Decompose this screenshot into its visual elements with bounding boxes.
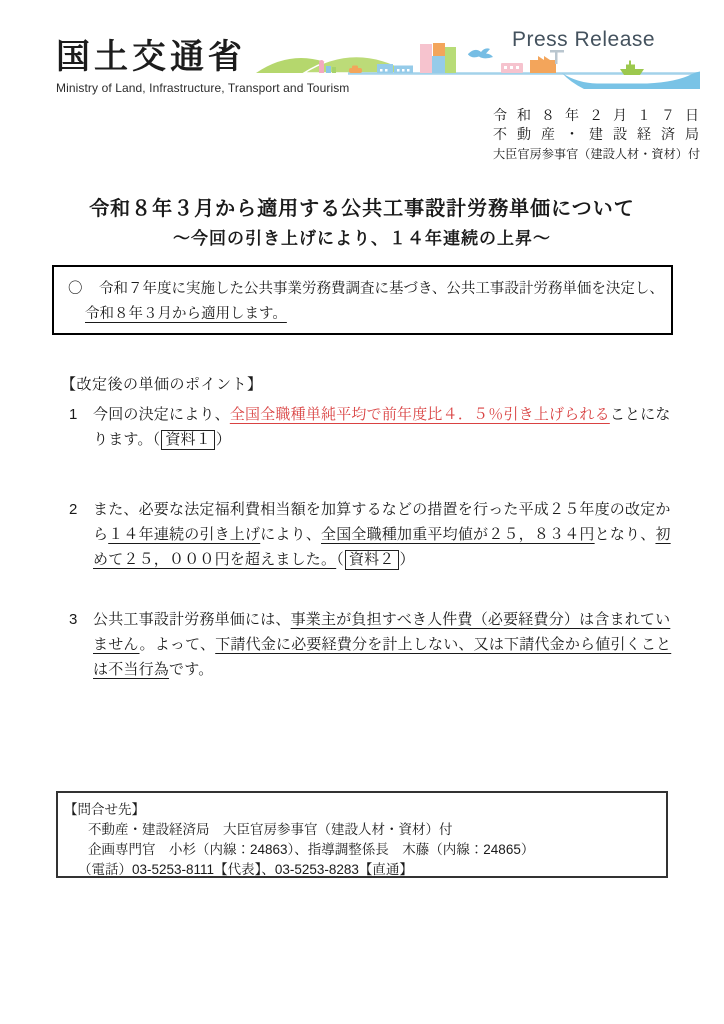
text-segment: です。 [169,661,213,678]
boat-icon [620,61,644,76]
points-section-heading: 【改定後の単価のポイント】 [61,373,263,394]
text-segment: ります。（ [93,431,160,448]
house-icon [501,63,523,73]
reference-label: 資料２ [345,550,399,570]
point-text-line: めて２５，０００円を超えました。（資料２） [93,547,676,572]
summary-text-underlined: 令和８年３月から適用します。 [85,306,287,322]
press-release-label: Press Release [512,28,655,52]
reference-label: 資料１ [161,430,215,450]
point-number: 2 [66,497,93,572]
text-segment: 。よって、 [140,636,216,653]
bird-icon [468,48,493,58]
text-segment: ） [216,431,231,448]
contact-heading: 【問合せ先】 [64,800,658,820]
text-segment: ら [93,526,108,543]
text-segment: 初 [655,526,670,543]
document-subtitle: ～今回の引き上げにより、１４年連続の上昇～ [0,224,724,249]
point-text-line: 今回の決定により、全国全職種単純平均で前年度比４．５％引き上げられることにな [93,402,676,427]
point-number: 3 [66,607,93,682]
text-segment: 公共工事設計労務単価には、 [93,611,291,628]
date-department-block: 令和８年２月１７日 不動産・建設経済局 大臣官房参事官（建設人材・資材）付 [493,106,710,164]
point-text-line: は不当行為です。 [93,657,676,682]
text-segment: となり、 [595,526,656,543]
text-segment: 全国全職種加重平均値が２５，８３４円 [321,526,595,543]
text-segment: また、必要な法定福利費相当額を加算するなどの措置を行った平成２５年度の改定か [93,501,671,518]
point-text: 今回の決定により、全国全職種単純平均で前年度比４．５％引き上げられることになりま… [93,402,676,452]
point-item-3: 3 公共工事設計労務単価には、事業主が負担すべき人件費（必要経費分）は含まれてい… [66,607,676,682]
text-segment: （ [336,551,344,568]
text-segment: １４年連続の引き上げ [108,526,260,543]
text-segment: 今回の決定により、 [93,406,230,423]
circle-bullet: 〇 [68,277,99,302]
text-segment: めて２５，０００円を超えました。 [93,551,336,568]
contact-department: 不動産・建設経済局 大臣官房参事官（建設人材・資材）付 [64,820,658,840]
document-title: 令和８年３月から適用する公共工事設計労務単価について [0,192,724,221]
factory-icon [530,56,556,73]
text-segment: ） [400,551,415,568]
text-segment: ません [93,636,140,653]
contact-persons: 企画専門官 小杉（内線：24863）、指導調整係長 木藤（内線：24865） [64,840,658,860]
point-text: 公共工事設計労務単価には、事業主が負担すべき人件費（必要経費分）は含まれていませ… [93,607,676,682]
office-name: 大臣官房参事官（建設人材・資材）付 [493,145,710,164]
text-segment: により、 [260,526,321,543]
point-text-line: 公共工事設計労務単価には、事業主が負担すべき人件費（必要経費分）は含まれてい [93,607,676,632]
summary-box: 〇令和７年度に実施した公共事業労務費調査に基づき、公共工事設計労務単価を決定し、… [52,265,673,335]
buildings-icon [420,43,456,73]
text-segment: 下請代金に必要経費分を計上しない、又は下請代金から値引くこと [215,636,671,653]
text-segment: 全国全職種単純平均で前年度比４．５％引き上げられる [230,406,610,423]
bureau-name: 不動産・建設経済局 [493,125,710,144]
text-segment: ことにな [610,406,671,423]
point-item-1: 1 今回の決定により、全国全職種単純平均で前年度比４．５％引き上げられることにな… [66,402,676,452]
point-text-line: また、必要な法定福利費相当額を加算するなどの措置を行った平成２５年度の改定か [93,497,676,522]
summary-line-2: 令和８年３月から適用します。 [85,302,663,327]
summary-line-1: 〇令和７年度に実施した公共事業労務費調査に基づき、公共工事設計労務単価を決定し、 [68,277,663,302]
contact-phone-numbers: （電話）03-5253-8111【代表】、03-5253-8283【直通】 [64,860,658,880]
text-segment: 事業主が負担すべき人件費（必要経費分）は含まれてい [291,611,671,628]
point-text-line: ります。（資料１） [93,427,676,452]
contact-box: 【問合せ先】 不動産・建設経済局 大臣官房参事官（建設人材・資材）付 企画専門官… [56,791,668,878]
release-date: 令和８年２月１７日 [493,106,710,125]
point-text-line: ません。よって、下請代金に必要経費分を計上しない、又は下請代金から値引くこと [93,632,676,657]
press-release-document: 国土交通省 Ministry of Land, Infrastructure, … [0,0,724,1024]
point-number: 1 [66,402,93,452]
text-segment: は不当行為 [93,661,169,678]
point-item-2: 2 また、必要な法定福利費相当額を加算するなどの措置を行った平成２５年度の改定か… [66,497,676,572]
point-text: また、必要な法定福利費相当額を加算するなどの措置を行った平成２５年度の改定から１… [93,497,676,572]
summary-text: 令和７年度に実施した公共事業労務費調査に基づき、公共工事設計労務単価を決定し、 [99,281,664,297]
point-text-line: ら１４年連続の引き上げにより、全国全職種加重平均値が２５，８３４円となり、初 [93,522,676,547]
